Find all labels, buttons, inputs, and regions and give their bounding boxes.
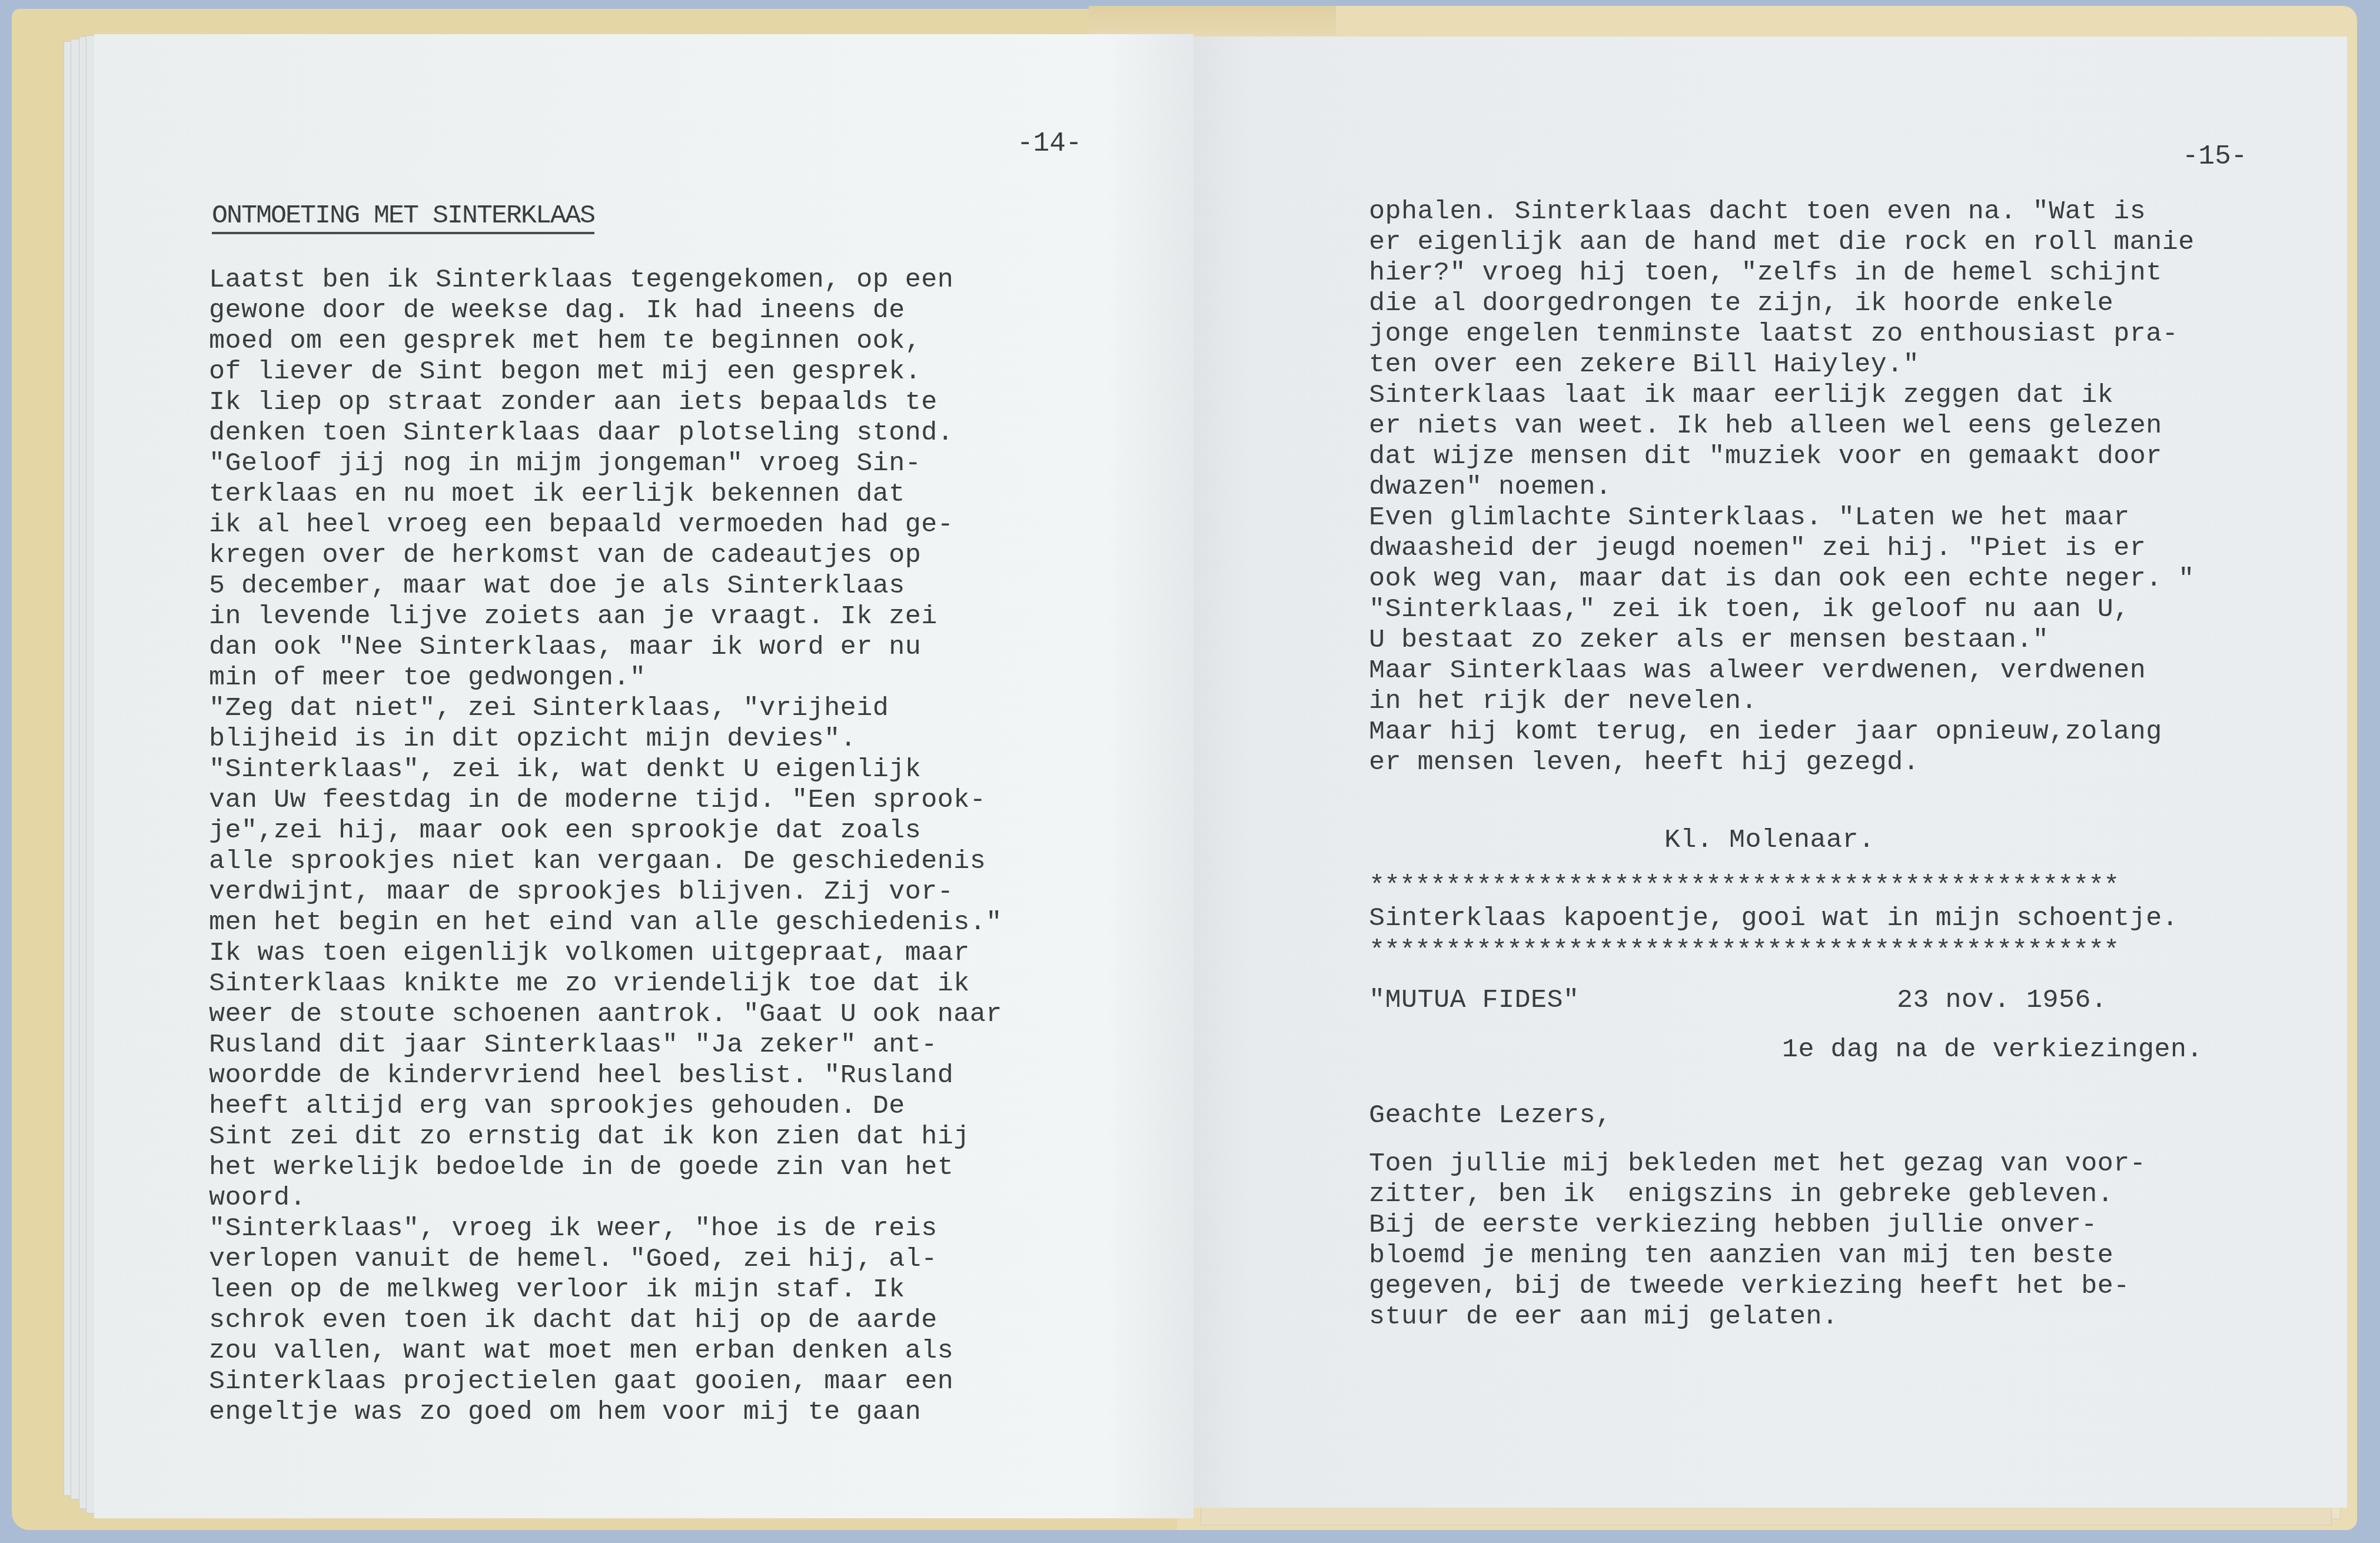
text-line: bloemd je mening ten aanzien van mij ten… [1369,1241,2146,1271]
text-line: zou vallen, want wat moet men erban denk… [209,1336,1002,1366]
text-line: schrok even toen ik dacht dat hij op de … [209,1305,1002,1336]
text-line: Even glimlachte Sinterklaas. "Laten we h… [1369,503,2195,533]
text-line: je",zei hij, maar ook een sprookje dat z… [209,816,1002,846]
text-line: dat wijze mensen dit "muziek voor en gem… [1369,441,2195,472]
text-line: engeltje was zo goed om hem voor mij te … [209,1397,1002,1428]
text-line: Maar hij komt terug, en ieder jaar opnie… [1369,717,2195,747]
text-line: "Sinterklaas", zei ik, wat denkt U eigen… [209,754,1002,785]
text-line: gegeven, bij de tweede verkiezing heeft … [1369,1271,2146,1302]
author-signature: Kl. Molenaar. [1664,825,1875,856]
text-line: er niets van weet. Ik heb alleen wel een… [1369,411,2195,441]
right-page: -15- ophalen. Sinterklaas dacht toen eve… [1194,36,2347,1508]
text-line: Rusland dit jaar Sinterklaas" "Ja zeker"… [209,1030,1002,1060]
text-line: "Geloof jij nog in mijm jongeman" vroeg … [209,448,1002,479]
text-line: heeft altijd erg van sprookjes gehouden.… [209,1091,1002,1122]
text-line: van Uw feestdag in de moderne tijd. "Een… [209,785,1002,816]
text-line: verlopen vanuit de hemel. "Goed, zei hij… [209,1244,1002,1275]
letter-salutation: Geachte Lezers, [1369,1100,1612,1131]
text-line: verdwijnt, maar de sprookjes blijven. Zi… [209,877,1002,907]
text-line: U bestaat zo zeker als er mensen bestaan… [1369,625,2195,656]
page-number: -14- [1017,128,1082,159]
text-line: denken toen Sinterklaas daar plotseling … [209,418,1002,448]
sinterklaas-rhyme: Sinterklaas kapoentje, gooi wat in mijn … [1369,903,2178,934]
text-line: het werkelijk bedoelde in de goede zin v… [209,1152,1002,1183]
text-line: terklaas en nu moet ik eerlijk bekennen … [209,479,1002,510]
text-line: hier?" vroeg hij toen, "zelfs in de heme… [1369,258,2195,288]
text-line: in het rijk der nevelen. [1369,686,2195,717]
text-line: alle sprookjes niet kan vergaan. De gesc… [209,846,1002,877]
text-line: woordde de kindervriend heel beslist. "R… [209,1060,1002,1091]
text-line: zitter, ben ik enigszins in gebreke gebl… [1369,1179,2146,1210]
text-line: min of meer toe gedwongen." [209,663,1002,693]
text-line: Maar Sinterklaas was alweer verdwenen, v… [1369,656,2195,686]
text-line: jonge engelen tenminste laatst zo enthou… [1369,319,2195,350]
text-line: ophalen. Sinterklaas dacht toen even na.… [1369,197,2195,227]
text-line: Bij de eerste verkiezing hebben jullie o… [1369,1210,2146,1241]
left-page: -14- ONTMOETING MET SINTERKLAAS Laatst b… [94,34,1194,1518]
asterisk-divider: ****************************************… [1369,936,2119,966]
text-line: moed om een gesprek met hem te beginnen … [209,326,1002,357]
text-line: gewone door de weekse dag. Ik had ineens… [209,295,1002,326]
text-line: dwazen" noemen. [1369,472,2195,503]
text-line: Sinterklaas knikte me zo vriendelijk toe… [209,969,1002,999]
text-line: "Sinterklaas," zei ik toen, ik geloof nu… [1369,594,2195,625]
text-line: Ik liep op straat zonder aan iets bepaal… [209,387,1002,418]
text-line: Sint zei dit zo ernstig dat ik kon zien … [209,1122,1002,1152]
text-line: blijheid is in dit opzicht mijn devies". [209,724,1002,754]
text-line: in levende lijve zoiets aan je vraagt. I… [209,601,1002,632]
text-line: er mensen leven, heeft hij gezegd. [1369,747,2195,778]
letter-body: Toen jullie mij bekleden met het gezag v… [1369,1149,2146,1332]
masthead-subtitle: 1e dag na de verkiezingen. [1782,1035,2203,1065]
text-line: dan ook "Nee Sinterklaas, maar ik word e… [209,632,1002,663]
text-line: Ik was toen eigenlijk volkomen uitgepraa… [209,938,1002,969]
article-continuation: ophalen. Sinterklaas dacht toen even na.… [1369,197,2195,778]
text-line: "Sinterklaas", vroeg ik weer, "hoe is de… [209,1213,1002,1244]
masthead-name: "MUTUA FIDES" [1369,985,1580,1016]
text-line: dwaasheid der jeugd noemen" zei hij. "Pi… [1369,533,2195,564]
page-number: -15- [2182,141,2247,172]
text-line: ook weg van, maar dat is dan ook een ech… [1369,564,2195,594]
text-line: leen op de melkweg verloor ik mijn staf.… [209,1275,1002,1305]
asterisk-divider: ****************************************… [1369,871,2119,902]
text-line: ten over een zekere Bill Haiyley." [1369,350,2195,380]
text-line: ik al heel vroeg een bepaald vermoeden h… [209,510,1002,540]
masthead-date: 23 nov. 1956. [1897,985,2108,1016]
text-line: Sinterklaas laat ik maar eerlijk zeggen … [1369,380,2195,411]
text-line: kregen over de herkomst van de cadeautje… [209,540,1002,571]
text-line: Sinterklaas projectielen gaat gooien, ma… [209,1366,1002,1397]
article-title: ONTMOETING MET SINTERKLAAS [212,201,594,234]
text-line: "Zeg dat niet", zei Sinterklaas, "vrijhe… [209,693,1002,724]
text-line: Laatst ben ik Sinterklaas tegengekomen, … [209,265,1002,295]
text-line: men het begin en het eind van alle gesch… [209,907,1002,938]
text-line: Toen jullie mij bekleden met het gezag v… [1369,1149,2146,1179]
text-line: stuur de eer aan mij gelaten. [1369,1302,2146,1332]
text-line: weer de stoute schoenen aantrok. "Gaat U… [209,999,1002,1030]
text-line: woord. [209,1183,1002,1213]
article-body: Laatst ben ik Sinterklaas tegengekomen, … [209,265,1002,1428]
text-line: 5 december, maar wat doe je als Sinterkl… [209,571,1002,601]
text-line: er eigenlijk aan de hand met die rock en… [1369,227,2195,258]
text-line: die al doorgedrongen te zijn, ik hoorde … [1369,288,2195,319]
text-line: of liever de Sint begon met mij een gesp… [209,357,1002,387]
